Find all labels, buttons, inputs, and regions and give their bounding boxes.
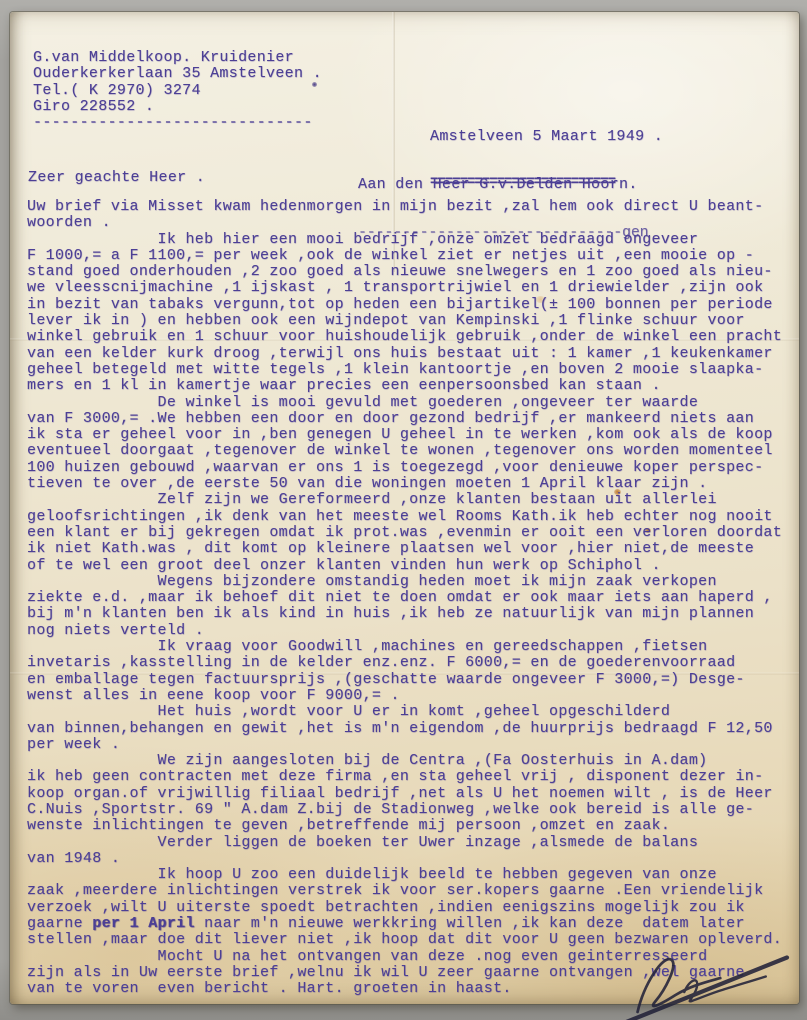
- body-line: We zijn aangesloten bij de Centra ,(Fa O…: [27, 753, 782, 769]
- date-line: Amstelveen 5 Maart 1949 .: [430, 129, 663, 145]
- body-line: van binnen,behangen en gewit ,het is m'n…: [27, 721, 782, 737]
- body-line: Zelf zijn we Gereformeerd ,onze klanten …: [27, 492, 782, 508]
- body-line: of te wel een groot deel onzer klanten v…: [27, 558, 782, 574]
- body-line: woorden .: [27, 215, 782, 231]
- body-line: ik sta er geheel voor in ,ben genegen U …: [27, 427, 782, 443]
- body-line: 100 huizen gebouwd ,waarvan er ons 1 is …: [27, 460, 782, 476]
- body-line: nog niets verteld .: [27, 623, 782, 639]
- body-line: wenste inlichtingen te geven ,betreffend…: [27, 818, 782, 834]
- body-line: verzoek ,wilt U uiterste spoedt betracht…: [27, 900, 782, 916]
- body-line: tieven te over ,de eerste 50 van die won…: [27, 476, 782, 492]
- body-line: mers en 1 kl in kamertje waar precies ee…: [27, 378, 782, 394]
- body-line: zaak ,meerdere inlichtingen verstrek ik …: [27, 883, 782, 899]
- handwritten-signature: [611, 939, 807, 1020]
- body-line: gaarne per 1 April naar m'n nieuwe werkk…: [27, 916, 782, 932]
- body-line: in bezit van tabaks vergunn,tot op heden…: [27, 297, 782, 313]
- letterhead-line: Giro 228552 .: [33, 99, 322, 115]
- body-line: ik niet Kath.was , dit komt op kleinere …: [27, 541, 782, 557]
- photo-background: G.van Middelkoop. KruidenierOuderkerkerl…: [0, 0, 807, 1020]
- signature-strokes: [611, 939, 807, 1020]
- body-line: F 1000,= a F 1100,= per week ,ook de win…: [27, 248, 782, 264]
- body-line: invetaris ,kasstelling in de kelder enz.…: [27, 655, 782, 671]
- body-line: en emballage tegen factuursprijs ,(gesch…: [27, 672, 782, 688]
- body-line: Ik vraag voor Goodwill ,machines en gere…: [27, 639, 782, 655]
- letterhead: G.van Middelkoop. KruidenierOuderkerkerl…: [33, 50, 322, 131]
- body-line: een klant er bij gekregen omdat ik prot.…: [27, 525, 782, 541]
- letterhead-line: Tel.( K 2970) 3274: [33, 83, 322, 99]
- body-line: ik heb geen contracten met deze firma ,e…: [27, 769, 782, 785]
- body-line: Uw brief via Misset kwam hedenmorgen in …: [27, 199, 782, 215]
- body-line: Ik heb hier een mooi bedrijf ,onze omzet…: [27, 232, 782, 248]
- body-line: ziekte e.d. ,maar ik behoef dit niet te …: [27, 590, 782, 606]
- body-line: Wegens bijzondere omstandig heden moet i…: [27, 574, 782, 590]
- letterhead-line: Ouderkerkerlaan 35 Amstelveen .: [33, 66, 322, 82]
- body-line: wenst alles in eene koop voor F 9000,= .: [27, 688, 782, 704]
- body-line: van 1948 .: [27, 851, 782, 867]
- body-line: van F 3000,= .We hebben een door en door…: [27, 411, 782, 427]
- body-line: per week .: [27, 737, 782, 753]
- body-line: geheel betegeld met witte tegels ,1 klei…: [27, 362, 782, 378]
- body-line: winkel gebruik en 1 schuur voor huishoud…: [27, 329, 782, 345]
- salutation: Zeer geachte Heer .: [28, 170, 205, 186]
- body-line: lever ik in ) en hebben ook een wijndepo…: [27, 313, 782, 329]
- body-line: De winkel is mooi gevuld met goederen ,o…: [27, 395, 782, 411]
- letterhead-line: G.van Middelkoop. Kruidenier: [33, 50, 322, 66]
- body-line: Verder liggen de boeken ter Uwer inzage …: [27, 835, 782, 851]
- body-line: bij m'n klanten ben ik als kind in huis …: [27, 606, 782, 622]
- body-line: Het huis ,wordt voor U er in komt ,gehee…: [27, 704, 782, 720]
- body-line: koop organ.of vrijwillig filiaal bedrijf…: [27, 786, 782, 802]
- body-line: C.Nuis ,Sportstr. 69 " A.dam Z.bij de St…: [27, 802, 782, 818]
- body-line: eventueel doorgaat ,tegenover de winkel …: [27, 443, 782, 459]
- addressee-name: Aan den Heer G.v.Delden Hoorn.: [358, 177, 648, 193]
- letterhead-divider: ------------------------------: [33, 115, 322, 131]
- body-line: van een kelder kurk droog ,terwijl ons h…: [27, 346, 782, 362]
- body-line: we vleesscnijmachine ,1 ijskast , 1 tran…: [27, 280, 782, 296]
- letter-body: Uw brief via Misset kwam hedenmorgen in …: [27, 199, 782, 998]
- body-line: geloofsrichtingen ,ik denk van het meest…: [27, 509, 782, 525]
